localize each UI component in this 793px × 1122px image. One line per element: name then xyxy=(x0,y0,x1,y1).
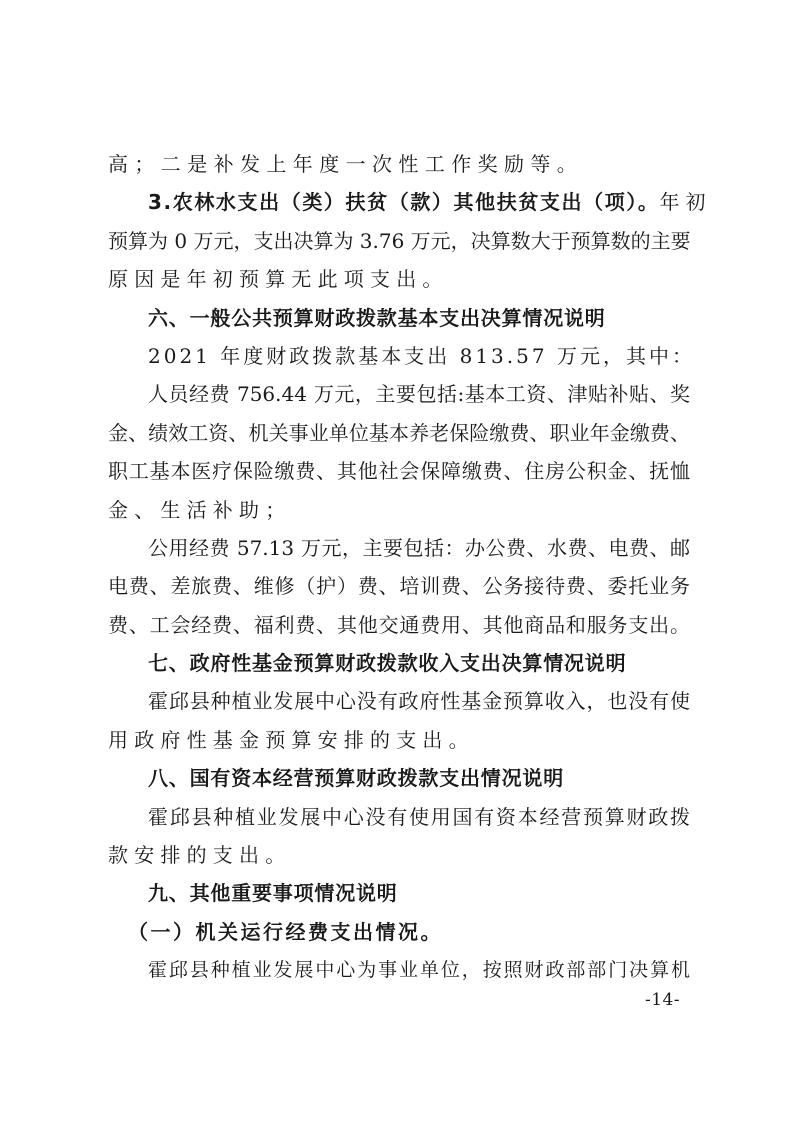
paragraph-line: 职工基本医疗保险缴费、其他社会保障缴费、住房公积金、抚恤 xyxy=(108,452,690,490)
paragraph-line: 霍邱县种植业发展中心没有政府性基金预算收入，也没有使 xyxy=(108,682,690,720)
section-7-heading: 七、政府性基金预算财政拨款收入支出决算情况说明 xyxy=(108,644,690,682)
document-page: 高；二是补发上年度一次性工作奖励等。 3.农林水支出（类）扶贫（款）其他扶贫支出… xyxy=(108,145,690,990)
paragraph-line: 霍邱县种植业发展中心为事业单位，按照财政部部门决算机 xyxy=(108,951,690,989)
paragraph-line: 用政府性基金预算安排的支出。 xyxy=(108,721,690,759)
paragraph-line: 原因是年初预算无此项支出。 xyxy=(108,260,690,298)
section-9-subheading: （一）机关运行经费支出情况。 xyxy=(108,913,690,951)
section-8-heading: 八、国有资本经营预算财政拨款支出情况说明 xyxy=(108,759,690,797)
paragraph-line: 预算为 0 万元，支出决算为 3.76 万元，决算数大于预算数的主要 xyxy=(108,222,690,260)
section-6-summary: 2021 年度财政拨款基本支出 813.57 万元，其中： xyxy=(108,337,690,375)
page-number: -14- xyxy=(645,990,680,1010)
paragraph-line: 电费、差旅费、维修（护）费、培训费、公务接待费、委托业务 xyxy=(108,567,690,605)
item-3-line: 3.农林水支出（类）扶贫（款）其他扶贫支出（项）。年初 xyxy=(108,183,690,221)
paragraph-line: 高；二是补发上年度一次性工作奖励等。 xyxy=(108,145,690,183)
paragraph-line: 金、生活补助； xyxy=(108,491,690,529)
paragraph-line: 霍邱县种植业发展中心没有使用国有资本经营预算财政拨 xyxy=(108,798,690,836)
item-3-title: 3.农林水支出（类）扶贫（款）其他扶贫支出（项）。 xyxy=(148,190,660,214)
item-3-tail: 年初 xyxy=(660,190,712,214)
section-9-heading: 九、其他重要事项情况说明 xyxy=(108,874,690,912)
paragraph-line: 公用经费 57.13 万元，主要包括：办公费、水费、电费、邮 xyxy=(108,529,690,567)
paragraph-line: 金、绩效工资、机关事业单位基本养老保险缴费、职业年金缴费、 xyxy=(108,414,690,452)
paragraph-line: 费、工会经费、福利费、其他交通费用、其他商品和服务支出。 xyxy=(108,606,690,644)
paragraph-line: 人员经费 756.44 万元，主要包括:基本工资、津贴补贴、奖 xyxy=(108,375,690,413)
paragraph-line: 款安排的支出。 xyxy=(108,836,690,874)
section-6-heading: 六、一般公共预算财政拨款基本支出决算情况说明 xyxy=(108,299,690,337)
